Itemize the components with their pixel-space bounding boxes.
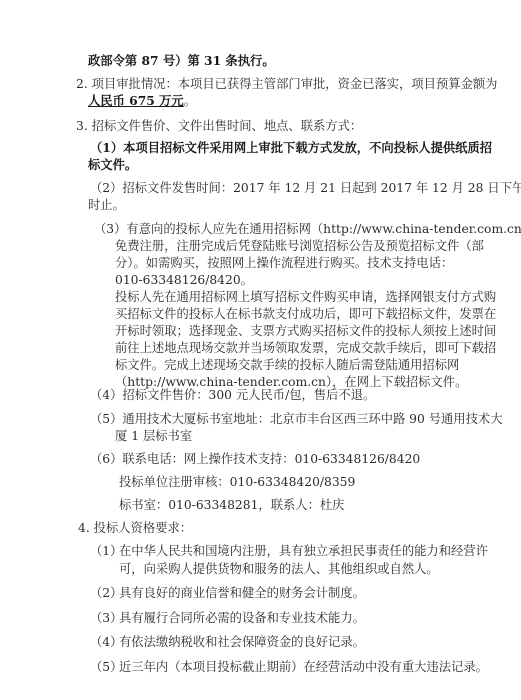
item-number: （4） bbox=[90, 388, 122, 402]
req-1: （1）在中华人民共和国境内注册，具有独立承担民事责任的能力和经营许 bbox=[90, 543, 488, 559]
section-4-title: 投标人资格要求： bbox=[94, 521, 192, 535]
section-2-budget-line: 人民币 675 万元。 bbox=[88, 93, 196, 109]
item-3-3-line-8: 前往上述地点现场交款并当场领取发票，完成交款手续后，即可下载招 bbox=[115, 340, 496, 356]
item-3-3-line-3: 分）。如需购买，按照网上操作流程进行购买。技术支持电话： bbox=[115, 255, 453, 271]
item-3-6: （6）联系电话：网上操作技术支持：010-63348126/8420 bbox=[90, 451, 420, 467]
item-text: 招标文件发售时间：2017 年 12 月 21 日起到 2017 年 12 月 … bbox=[122, 181, 521, 195]
item-3-3-line-2: 免费注册，注册完成后凭登陆账号浏览招标公告及预览招标文件（部 bbox=[115, 238, 484, 254]
item-text: 有依法缴纳税收和社会保障资金的良好记录。 bbox=[119, 635, 365, 649]
section-3-title: 招标文件售价、文件出售时间、地点、联系方式： bbox=[92, 119, 363, 133]
section-2-number: 2. bbox=[76, 77, 88, 91]
section-3-number: 3. bbox=[76, 119, 88, 133]
req-2: （2）具有良好的商业信誉和健全的财务会计制度。 bbox=[90, 585, 365, 601]
item-3-2-cont: 时止。 bbox=[88, 197, 125, 213]
item-number: （2） bbox=[90, 181, 122, 195]
item-3-1: （1）本项目招标文件采用网上审批下载方式发放，不向投标人提供纸质招 bbox=[90, 140, 492, 156]
document-page: 政部令第 87 号）第 31 条执行。 2. 项目审批情况：本项目已获得主管部门… bbox=[0, 0, 521, 700]
item-3-4: （4）招标文件售价：300 元人民币/包，售后不退。 bbox=[90, 387, 375, 403]
item-3-3-line-4: 010-63348126/8420。 bbox=[115, 272, 253, 288]
item-number: （5） bbox=[90, 412, 122, 426]
section-2: 2. 项目审批情况：本项目已获得主管部门审批，资金已落实，项目预算金额为 bbox=[76, 76, 497, 92]
item-text: 具有良好的商业信誉和健全的财务会计制度。 bbox=[119, 586, 365, 600]
item-number: （3） bbox=[94, 222, 126, 236]
item-text: 本项目招标文件采用网上审批下载方式发放，不向投标人提供纸质招 bbox=[123, 140, 492, 155]
item-3-2: （2）招标文件发售时间：2017 年 12 月 21 日起到 2017 年 12… bbox=[90, 180, 521, 196]
item-text: 招标文件售价：300 元人民币/包，售后不退。 bbox=[122, 388, 375, 402]
section-4-heading: 4. 投标人资格要求： bbox=[78, 520, 192, 536]
item-text: 通用技术大厦标书室地址：北京市丰台区西三环中路 90 号通用技术大 bbox=[122, 412, 502, 426]
item-text: 有意向的投标人应先在通用招标网（http://www.china-tender.… bbox=[126, 222, 521, 236]
item-3-3: （3）有意向的投标人应先在通用招标网（http://www.china-tend… bbox=[94, 221, 521, 237]
item-text: 近三年内（本项目投标截止期前）在经营活动中没有重大违法记录。 bbox=[119, 660, 488, 674]
item-3-3-line-9: 标文件。完成上述现场交款手续的投标人随后需登陆通用招标网 bbox=[115, 357, 459, 373]
req-3: （3）具有履行合同所必需的设备和专业技术能力。 bbox=[90, 610, 365, 626]
item-number: （6） bbox=[90, 452, 122, 466]
item-number: （1） bbox=[90, 543, 119, 559]
item-3-5-cont: 厦 1 层标书室 bbox=[115, 428, 192, 444]
section-3-heading: 3. 招标文件售价、文件出售时间、地点、联系方式： bbox=[76, 118, 362, 134]
item-number: （1） bbox=[90, 140, 123, 155]
item-number: （3） bbox=[90, 610, 119, 626]
item-number: （2） bbox=[90, 585, 119, 601]
item-text: 具有履行合同所必需的设备和专业技术能力。 bbox=[119, 611, 365, 625]
item-3-3-line-6: 买招标文件的投标人在标书款支付成功后，即可下载招标文件，发票在 bbox=[115, 306, 496, 322]
item-3-5: （5）通用技术大厦标书室地址：北京市丰台区西三环中路 90 号通用技术大 bbox=[90, 411, 503, 427]
req-4: （4）有依法缴纳税收和社会保障资金的良好记录。 bbox=[90, 634, 365, 650]
section-4-number: 4. bbox=[78, 521, 90, 535]
item-text: 联系电话：网上操作技术支持：010-63348126/8420 bbox=[122, 452, 420, 466]
req-5: （5）近三年内（本项目投标截止期前）在经营活动中没有重大违法记录。 bbox=[90, 659, 488, 675]
item-3-1-cont: 标文件。 bbox=[88, 157, 137, 173]
item-3-3-line-7: 开标时领取；选择现金、支票方式购买招标文件的投标人须按上述时间 bbox=[115, 323, 496, 339]
item-text: 在中华人民共和国境内注册，具有独立承担民事责任的能力和经营许 bbox=[119, 544, 488, 558]
item-3-6-bid-room: 标书室：010-63348281，联系人：杜庆 bbox=[119, 497, 344, 513]
item-3-3-line-5: 投标人先在通用招标网上填写招标文件购买申请，选择网银支付方式购 bbox=[115, 289, 496, 305]
item-number: （5） bbox=[90, 659, 119, 675]
item-3-6-registration: 投标单位注册审核：010-63348420/8359 bbox=[119, 474, 355, 490]
punctuation: 。 bbox=[184, 94, 196, 108]
req-1-cont: 可，向采购人提供货物和服务的法人、其他组织或自然人。 bbox=[119, 561, 439, 577]
budget-amount: 人民币 675 万元 bbox=[88, 93, 184, 108]
item-number: （4） bbox=[90, 634, 119, 650]
intro-line: 政部令第 87 号）第 31 条执行。 bbox=[88, 53, 275, 69]
section-2-text: 项目审批情况：本项目已获得主管部门审批，资金已落实，项目预算金额为 bbox=[92, 77, 498, 91]
